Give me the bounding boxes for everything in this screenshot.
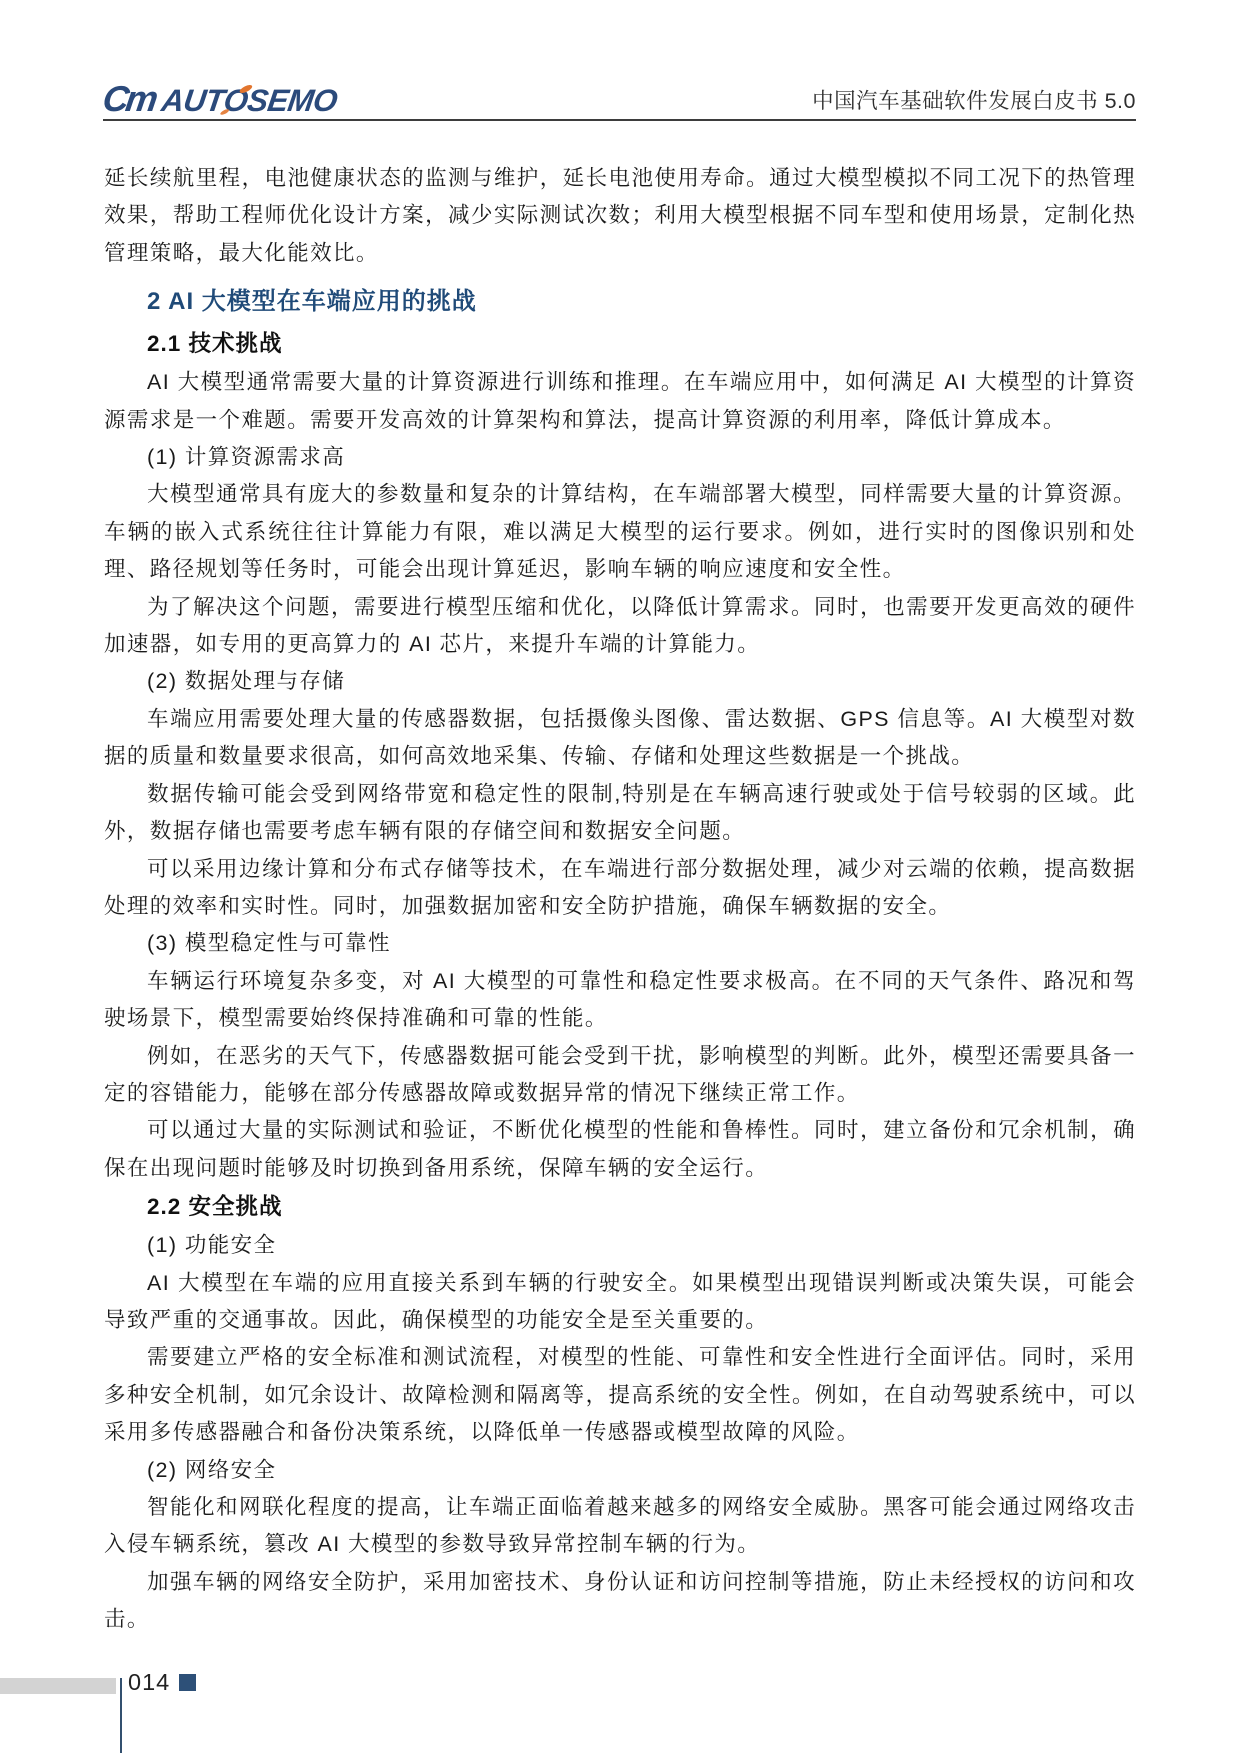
paragraph: (2) 数据处理与存储 xyxy=(104,663,1136,700)
paragraph: 车端应用需要处理大量的传感器数据，包括摄像头图像、雷达数据、GPS 信息等。AI… xyxy=(104,701,1136,776)
footer-gray-bar xyxy=(0,1678,116,1694)
footer-page-block: 014 xyxy=(128,1671,196,1695)
paragraph: 数据传输可能会受到网络带宽和稳定性的限制,特别是在车辆高速行驶或处于信号较弱的区… xyxy=(104,776,1136,851)
paragraph: 例如，在恶劣的天气下，传感器数据可能会受到干扰，影响模型的判断。此外，模型还需要… xyxy=(104,1038,1136,1113)
paragraph: (1) 计算资源需求高 xyxy=(104,439,1136,476)
section-heading: 2 AI 大模型在车端应用的挑战 xyxy=(104,281,1136,323)
page-number: 014 xyxy=(128,1671,170,1695)
paragraph: 大模型通常具有庞大的参数量和复杂的计算结构，在车端部署大模型，同样需要大量的计算… xyxy=(104,476,1136,588)
paragraph: AI 大模型通常需要大量的计算资源进行训练和推理。在车端应用中，如何满足 AI … xyxy=(104,364,1136,439)
footer-vertical-line xyxy=(120,1678,122,1753)
paragraph: 可以通过大量的实际测试和验证，不断优化模型的性能和鲁棒性。同时，建立备份和冗余机… xyxy=(104,1112,1136,1187)
page-number-square xyxy=(179,1674,196,1691)
paragraph: (2) 网络安全 xyxy=(104,1452,1136,1489)
document-page: Cm AUTOSEMO 中国汽车基础软件发展白皮书 5.0 延长续航里程，电池健… xyxy=(0,0,1240,1753)
paragraph: 需要建立严格的安全标准和测试流程，对模型的性能、可靠性和安全性进行全面评估。同时… xyxy=(104,1339,1136,1451)
document-title: 中国汽车基础软件发展白皮书 5.0 xyxy=(812,84,1136,115)
logo-wordmark-part2: SEMO xyxy=(245,83,339,118)
subsection-heading: 2.1 技术挑战 xyxy=(104,324,1136,364)
logo-cm-mark: Cm xyxy=(100,81,157,117)
header-divider xyxy=(103,119,1136,121)
paragraph: 延长续航里程，电池健康状态的监测与维护，延长电池使用寿命。通过大模型模拟不同工况… xyxy=(104,160,1136,272)
paragraph: 车辆运行环境复杂多变，对 AI 大模型的可靠性和稳定性要求极高。在不同的天气条件… xyxy=(104,963,1136,1038)
page-header: Cm AUTOSEMO 中国汽车基础软件发展白皮书 5.0 xyxy=(103,72,1136,120)
subsection-heading: 2.2 安全挑战 xyxy=(104,1187,1136,1227)
logo-wordmark: AUTOSEMO xyxy=(160,85,339,116)
paragraph: 可以采用边缘计算和分布式存储等技术，在车端进行部分数据处理，减少对云端的依赖，提… xyxy=(104,851,1136,926)
page-content: 延长续航里程，电池健康状态的监测与维护，延长电池使用寿命。通过大模型模拟不同工况… xyxy=(104,160,1136,1639)
paragraph: 加强车辆的网络安全防护，采用加密技术、身份认证和访问控制等措施，防止未经授权的访… xyxy=(104,1564,1136,1639)
logo-o-swirl-icon: O xyxy=(222,85,250,116)
logo-wordmark-part1: AUT xyxy=(159,83,226,118)
paragraph: 为了解决这个问题，需要进行模型压缩和优化，以降低计算需求。同时，也需要开发更高效… xyxy=(104,589,1136,664)
paragraph: AI 大模型在车端的应用直接关系到车辆的行驶安全。如果模型出现错误判断或决策失误… xyxy=(104,1265,1136,1340)
autosemo-logo: Cm AUTOSEMO xyxy=(100,81,339,117)
paragraph: (3) 模型稳定性与可靠性 xyxy=(104,925,1136,962)
paragraph: 智能化和网联化程度的提高，让车端正面临着越来越多的网络安全威胁。黑客可能会通过网… xyxy=(104,1489,1136,1564)
paragraph: (1) 功能安全 xyxy=(104,1227,1136,1264)
